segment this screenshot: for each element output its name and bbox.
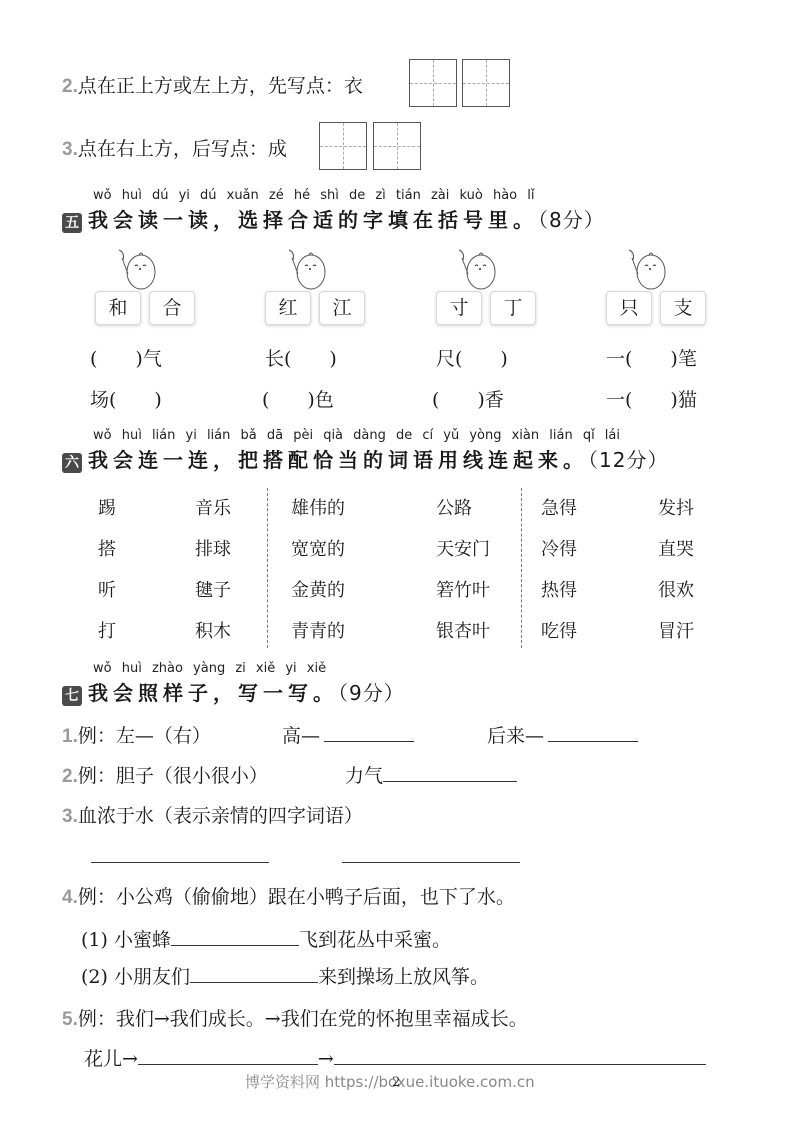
section-6-header: 六我会连一连，把搭配恰当的词语用线连起来。（12分） [62,444,668,473]
answer-blank[interactable] [342,862,520,863]
match-word[interactable]: 冒汗 [658,617,694,643]
example-text: 例：小公鸡（偷偷地）跟在小鸭子后面，也下了水。 [78,886,515,908]
question-7-1-b: 后来— [487,721,638,748]
fill-bracket[interactable]: ( )气 [90,344,162,371]
chick-icon [283,246,331,292]
prompt-text: 高— [282,725,320,747]
writing-grid-box[interactable] [373,122,421,170]
choice-card: 和 [95,291,141,325]
match-word[interactable]: 吃得 [541,617,577,643]
example-text: 例：胆子（很小很小） [78,765,268,787]
chick-icon [623,246,671,292]
section-title: 我会读一读，选择合适的字填在括号里。 [88,208,538,232]
writing-grid-box[interactable] [409,59,457,107]
prompt-text: 后来— [487,725,544,747]
question-7-5-answer: 花儿→→ [84,1044,706,1071]
question-number: 5. [62,1009,78,1030]
choice-card: 合 [149,291,195,325]
example-text: 例：左—（右） [78,725,211,747]
prompt-text: 力气 [345,765,383,787]
answer-blank[interactable] [334,1064,706,1065]
prompt-suffix: 来到操场上放风筝。 [318,966,489,988]
prompt-text: (1) 小蜜蜂 [81,929,171,951]
page-number: 2 [392,1075,400,1090]
question-number: 2. [62,76,78,97]
question-text: 点在正上方或左上方，先写点：衣 [78,75,363,97]
group-divider [267,488,268,648]
match-word[interactable]: 宽宽的 [291,535,345,561]
choice-card: 红 [265,291,311,325]
answer-blank[interactable] [91,862,269,863]
section-7-header: 七我会照样子，写一写。（9分） [62,677,405,706]
answer-blank[interactable] [171,945,299,946]
match-word[interactable]: 毽子 [195,576,231,602]
question-7-4: 4.例：小公鸡（偷偷地）跟在小鸭子后面，也下了水。 [62,882,515,909]
choice-card: 支 [660,291,706,325]
section-6-pinyin: wǒ huì lián yi lián bǎ dā pèi qià dàng d… [93,428,620,443]
question-7-2-a: 力气 [345,761,517,788]
section-title: 我会照样子，写一写。 [88,681,338,705]
match-word[interactable]: 排球 [195,535,231,561]
answer-blank[interactable] [548,741,638,742]
section-badge: 五 [62,213,82,233]
question-7-5: 5.例：我们→我们成长。→我们在党的怀抱里幸福成长。 [62,1004,528,1031]
match-word[interactable]: 积木 [195,617,231,643]
match-word[interactable]: 搭 [98,535,116,561]
match-word[interactable]: 雄伟的 [291,494,345,520]
match-word[interactable]: 音乐 [195,494,231,520]
question-2: 2.点在正上方或左上方，先写点：衣 [62,71,363,98]
match-word[interactable]: 直哭 [658,535,694,561]
question-text: 血浓于水（表示亲情的四字词语） [78,805,363,827]
choice-card: 只 [606,291,652,325]
prompt-suffix: 飞到花丛中采蜜。 [299,929,451,951]
fill-bracket[interactable]: ( )香 [432,385,504,412]
match-word[interactable]: 踢 [98,494,116,520]
question-7-1: 1.例：左—（右） [62,721,211,748]
choice-card: 江 [319,291,365,325]
answer-blank[interactable] [138,1064,318,1065]
match-word[interactable]: 冷得 [541,535,577,561]
match-word[interactable]: 银杏叶 [436,617,490,643]
fill-bracket[interactable]: 尺( ) [436,344,508,371]
question-number: 1. [62,726,78,747]
writing-grid-box[interactable] [462,59,510,107]
fill-bracket[interactable]: ( )色 [262,385,334,412]
fill-bracket[interactable]: 一( )猫 [606,385,697,412]
match-word[interactable]: 天安门 [436,535,490,561]
answer-blank[interactable] [383,781,517,782]
section-badge: 六 [62,453,82,473]
prompt-text: (2) 小朋友们 [81,966,190,988]
prompt-text: 花儿→ [84,1048,138,1070]
choice-card: 寸 [436,291,482,325]
group-divider [521,488,522,648]
arrow: → [318,1048,334,1070]
section-badge: 七 [62,686,82,706]
match-word[interactable]: 箬竹叶 [436,576,490,602]
section-score: （8分） [538,208,605,232]
section-7-pinyin: wǒ huì zhào yàng zi xiě yi xiě [93,661,326,676]
match-word[interactable]: 金黄的 [291,576,345,602]
section-5-pinyin: wǒ huì dú yi dú xuǎn zé hé shì de zì tiá… [93,188,534,203]
question-number: 2. [62,766,78,787]
fill-bracket[interactable]: 长( ) [265,344,337,371]
chick-icon [113,246,161,292]
match-word[interactable]: 发抖 [658,494,694,520]
question-number: 3. [62,806,78,827]
match-word[interactable]: 热得 [541,576,577,602]
answer-blank[interactable] [190,982,318,983]
section-score: （9分） [338,681,405,705]
question-7-3: 3.血浓于水（表示亲情的四字词语） [62,801,363,828]
section-5-header: 五我会读一读，选择合适的字填在括号里。（8分） [62,204,605,233]
question-7-1-a: 高— [282,721,414,748]
match-word[interactable]: 很欢 [658,576,694,602]
choice-card: 丁 [490,291,536,325]
section-title: 我会连一连，把搭配恰当的词语用线连起来。 [88,448,588,472]
match-word[interactable]: 青青的 [291,617,345,643]
question-number: 3. [62,139,78,160]
section-score: （12分） [588,448,668,472]
match-word[interactable]: 打 [98,617,116,643]
answer-blank[interactable] [324,741,414,742]
match-word[interactable]: 急得 [541,494,577,520]
question-text: 点在右上方，后写点：成 [78,138,287,160]
match-word[interactable]: 公路 [436,494,472,520]
question-number: 4. [62,887,78,908]
match-word[interactable]: 听 [98,576,116,602]
question-7-4-2: (2) 小朋友们来到操场上放风筝。 [81,962,489,989]
question-7-2: 2.例：胆子（很小很小） [62,761,268,788]
question-3: 3.点在右上方，后写点：成 [62,134,287,161]
chick-icon [453,246,501,292]
fill-bracket[interactable]: 一( )笔 [606,344,697,371]
question-7-4-1: (1) 小蜜蜂飞到花丛中采蜜。 [81,925,451,952]
writing-grid-box[interactable] [319,122,367,170]
fill-bracket[interactable]: 场( ) [90,385,162,412]
watermark: 博学资料网 https://boxue.ituoke.com.cn [245,1071,535,1092]
example-text: 例：我们→我们成长。→我们在党的怀抱里幸福成长。 [78,1008,528,1030]
